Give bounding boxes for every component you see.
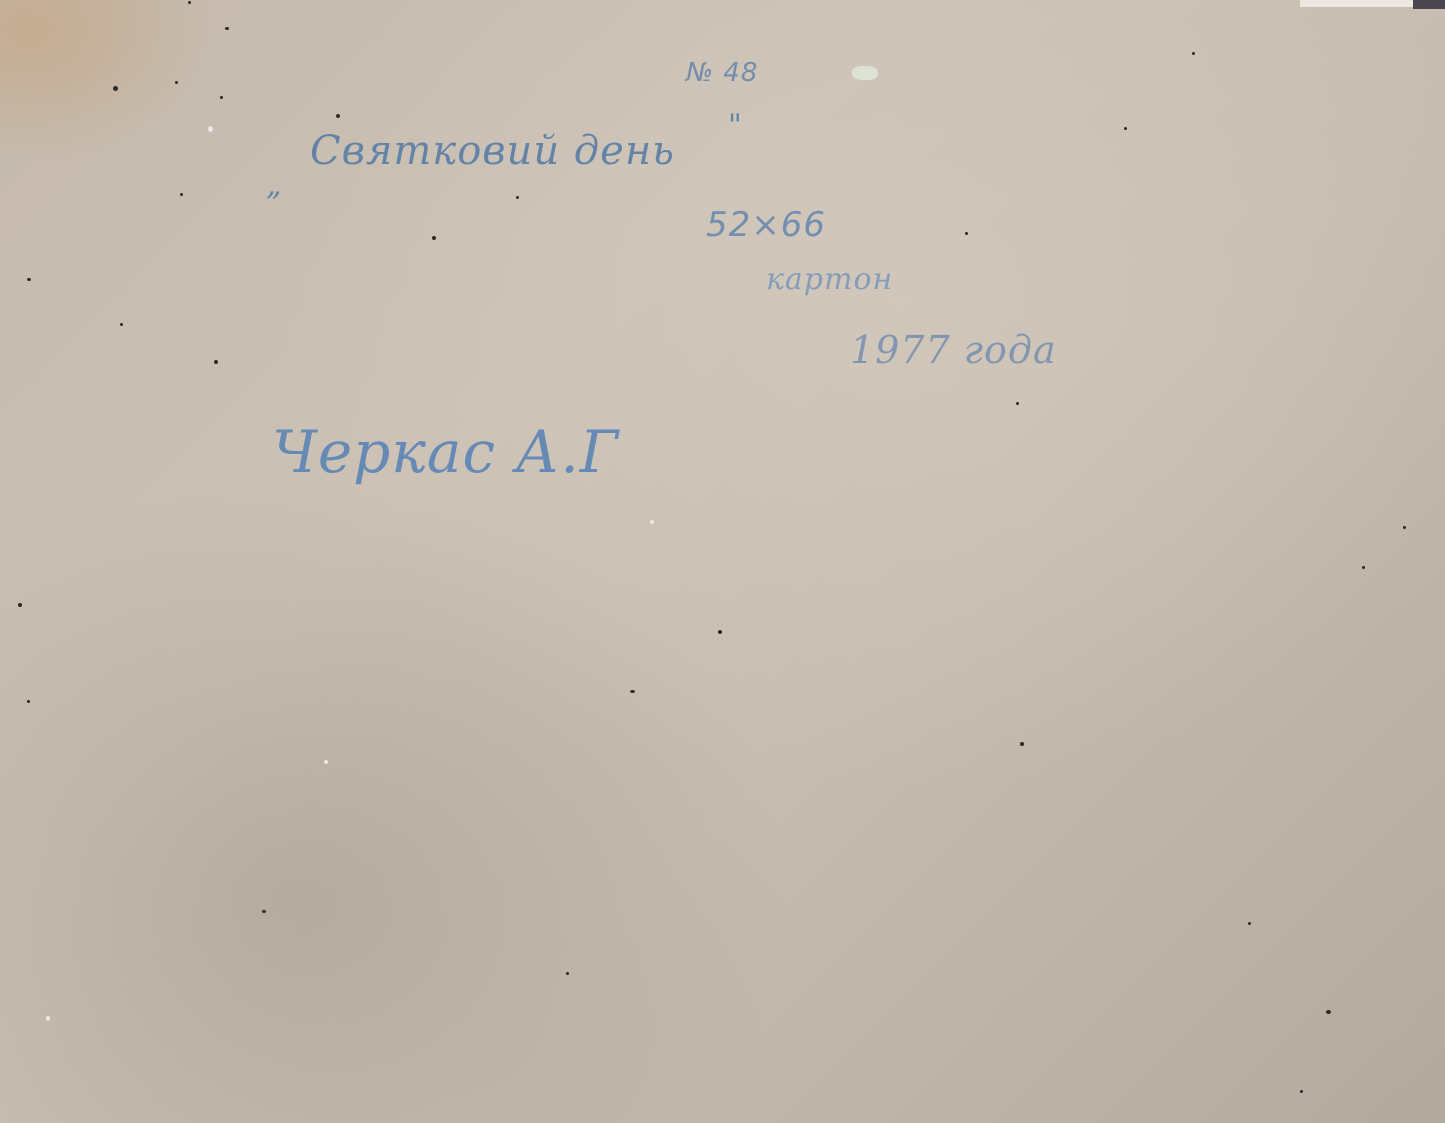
speck — [1403, 526, 1406, 529]
dimensions: 52×66 — [706, 205, 826, 245]
speck — [1326, 1010, 1331, 1014]
speck — [225, 27, 229, 30]
frame-edge-strip — [1300, 0, 1415, 7]
speck — [324, 760, 328, 764]
speck — [516, 196, 519, 199]
background-corner — [1413, 0, 1445, 9]
speck — [1016, 402, 1019, 405]
speck — [1020, 742, 1024, 746]
speck — [214, 360, 218, 364]
speck — [650, 520, 654, 524]
speck — [120, 323, 123, 326]
speck — [1192, 52, 1195, 55]
speck — [630, 690, 635, 693]
speck — [208, 126, 213, 132]
speck — [336, 114, 340, 118]
speck — [1300, 1090, 1303, 1093]
speck — [18, 603, 22, 607]
title-open-quote: „ — [266, 168, 283, 203]
speck — [188, 1, 191, 4]
painting-title: Святковий день — [310, 128, 675, 174]
speck — [1362, 566, 1365, 569]
speck — [1248, 922, 1251, 925]
paint-fleck — [852, 66, 878, 80]
speck — [220, 96, 223, 99]
speck — [566, 972, 569, 975]
speck — [432, 236, 436, 240]
artist-signature: Черкас А.Г — [272, 418, 619, 486]
speck — [175, 81, 178, 84]
cardboard-back: № 48 „ Святковий день " 52×66 картон 197… — [0, 0, 1445, 1123]
speck — [262, 910, 266, 913]
year: 1977 года — [850, 328, 1057, 372]
speck — [1124, 127, 1127, 130]
speck — [965, 232, 968, 235]
speck — [180, 193, 183, 196]
speck — [27, 700, 30, 703]
speck — [27, 278, 31, 281]
material: картон — [766, 262, 893, 297]
speck — [113, 86, 118, 91]
speck — [718, 630, 722, 634]
inventory-number: № 48 — [686, 58, 758, 88]
title-close-quote: " — [728, 108, 743, 143]
speck — [46, 1016, 50, 1021]
